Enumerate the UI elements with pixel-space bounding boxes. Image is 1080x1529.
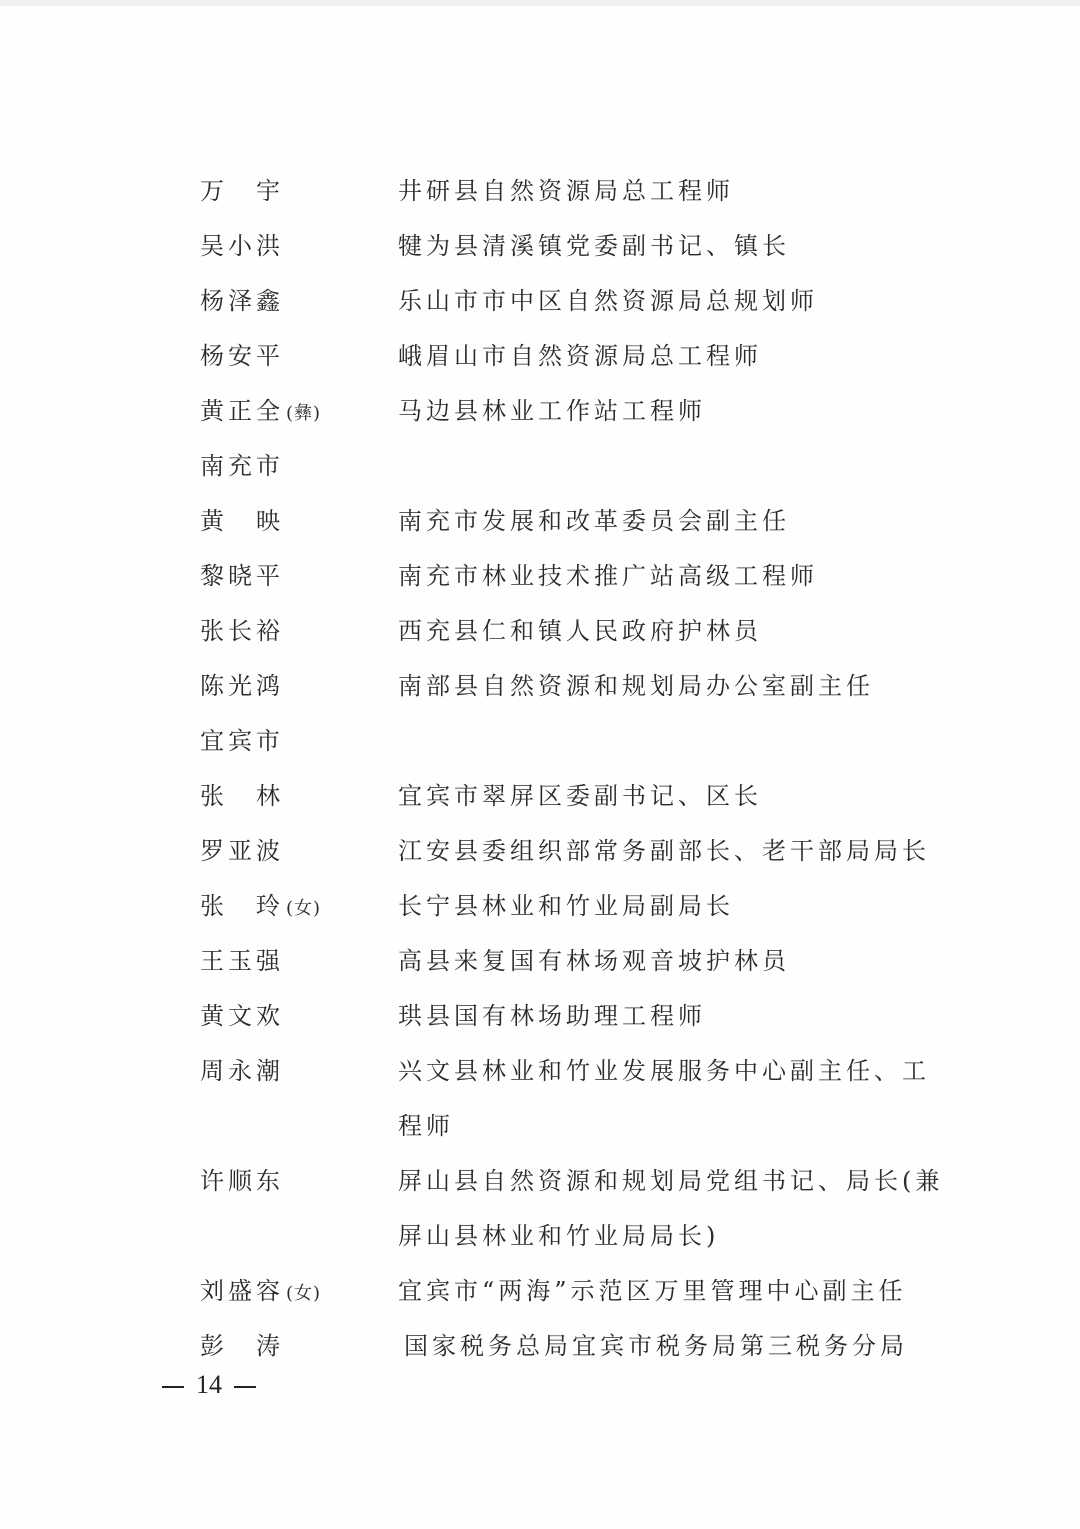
person-title: 珙县国有林场助理工程师: [398, 996, 706, 1036]
list-item: 杨安平 峨眉山市自然资源局总工程师: [0, 336, 1080, 376]
list-item: 黎晓平 南充市林业技术推广站高级工程师: [0, 556, 1080, 596]
gender-note: (女): [286, 898, 321, 919]
person-title: 南充市发展和改革委员会副主任: [398, 501, 790, 541]
list-item: 彭 涛 国家税务总局宜宾市税务局第三税务分局: [0, 1326, 1080, 1366]
page-number-value: 14: [196, 1370, 222, 1399]
person-name: 黎晓平: [200, 556, 286, 599]
person-name: 王玉强: [200, 941, 286, 984]
person-title-continuation: 程师: [398, 1106, 454, 1146]
page-number-dash-left: [162, 1386, 184, 1388]
list-item: 黄正全(彝) 马边县林业工作站工程师: [0, 391, 1080, 431]
section-heading: 宜宾市: [0, 721, 1080, 761]
gender-note: (女): [286, 1283, 321, 1304]
person-title: 马边县林业工作站工程师: [398, 391, 706, 431]
person-name: 黄正全(彝): [200, 391, 321, 434]
list-item-continuation: 程师: [0, 1106, 1080, 1146]
list-item: 杨泽鑫 乐山市市中区自然资源局总规划师: [0, 281, 1080, 321]
person-title-continuation: 屏山县林业和竹业局局长): [398, 1216, 719, 1256]
person-name: 刘盛容(女): [200, 1271, 321, 1314]
section-heading: 南充市: [0, 446, 1080, 486]
document-page: 万 宇 井研县自然资源局总工程师 吴小洪 犍为县清溪镇党委副书记、镇长 杨泽鑫 …: [0, 0, 1080, 1529]
section-city-nanchong: 南充市: [200, 446, 284, 486]
person-title: 南部县自然资源和规划局办公室副主任: [398, 666, 874, 706]
person-name: 许顺东: [200, 1161, 286, 1204]
person-name: 黄 映: [200, 501, 286, 544]
person-name: 黄文欢: [200, 996, 286, 1039]
list-item: 罗亚波 江安县委组织部常务副部长、老干部局局长: [0, 831, 1080, 871]
list-item: 许顺东 屏山县自然资源和规划局党组书记、局长(兼: [0, 1161, 1080, 1201]
person-name: 罗亚波: [200, 831, 286, 874]
person-name: 张 林: [200, 776, 286, 819]
list-item: 张长裕 西充县仁和镇人民政府护林员: [0, 611, 1080, 651]
person-name: 张长裕: [200, 611, 286, 654]
person-title: 长宁县林业和竹业局副局长: [398, 886, 734, 926]
list-item: 万 宇 井研县自然资源局总工程师: [0, 171, 1080, 211]
person-title: 江安县委组织部常务副部长、老干部局局长: [398, 831, 930, 871]
list-item: 张 玲(女) 长宁县林业和竹业局副局长: [0, 886, 1080, 926]
person-name: 张 玲(女): [200, 886, 321, 929]
list-item: 陈光鸿 南部县自然资源和规划局办公室副主任: [0, 666, 1080, 706]
person-title: 宜宾市翠屏区委副书记、区长: [398, 776, 762, 816]
person-title: 南充市林业技术推广站高级工程师: [398, 556, 818, 596]
ethnicity-note: (彝): [286, 403, 321, 424]
page-number: 14: [150, 1368, 268, 1402]
list-item: 刘盛容(女) 宜宾市“两海”示范区万里管理中心副主任: [0, 1271, 1080, 1311]
person-title: 西充县仁和镇人民政府护林员: [398, 611, 762, 651]
person-name: 杨安平: [200, 336, 286, 379]
person-title: 峨眉山市自然资源局总工程师: [398, 336, 762, 376]
page-number-dash-right: [234, 1386, 256, 1388]
list-item: 黄 映 南充市发展和改革委员会副主任: [0, 501, 1080, 541]
list-item: 周永潮 兴文县林业和竹业发展服务中心副主任、工: [0, 1051, 1080, 1091]
list-item: 王玉强 高县来复国有林场观音坡护林员: [0, 941, 1080, 981]
person-title: 犍为县清溪镇党委副书记、镇长: [398, 226, 790, 266]
person-name: 吴小洪: [200, 226, 286, 269]
person-name: 陈光鸿: [200, 666, 286, 709]
list-item: 张 林 宜宾市翠屏区委副书记、区长: [0, 776, 1080, 816]
list-item-continuation: 屏山县林业和竹业局局长): [0, 1216, 1080, 1256]
person-name: 杨泽鑫: [200, 281, 286, 324]
person-title: 宜宾市“两海”示范区万里管理中心副主任: [398, 1271, 907, 1311]
person-title: 国家税务总局宜宾市税务局第三税务分局: [404, 1326, 908, 1366]
person-title: 屏山县自然资源和规划局党组书记、局长(兼: [398, 1161, 943, 1201]
person-name: 万 宇: [200, 171, 286, 214]
section-city-yibin: 宜宾市: [200, 721, 284, 761]
list-item: 黄文欢 珙县国有林场助理工程师: [0, 996, 1080, 1036]
person-title: 高县来复国有林场观音坡护林员: [398, 941, 790, 981]
list-item: 吴小洪 犍为县清溪镇党委副书记、镇长: [0, 226, 1080, 266]
person-title: 兴文县林业和竹业发展服务中心副主任、工: [398, 1051, 930, 1091]
person-title: 乐山市市中区自然资源局总规划师: [398, 281, 818, 321]
person-name: 周永潮: [200, 1051, 286, 1094]
person-name: 彭 涛: [200, 1326, 286, 1369]
person-title: 井研县自然资源局总工程师: [398, 171, 734, 211]
